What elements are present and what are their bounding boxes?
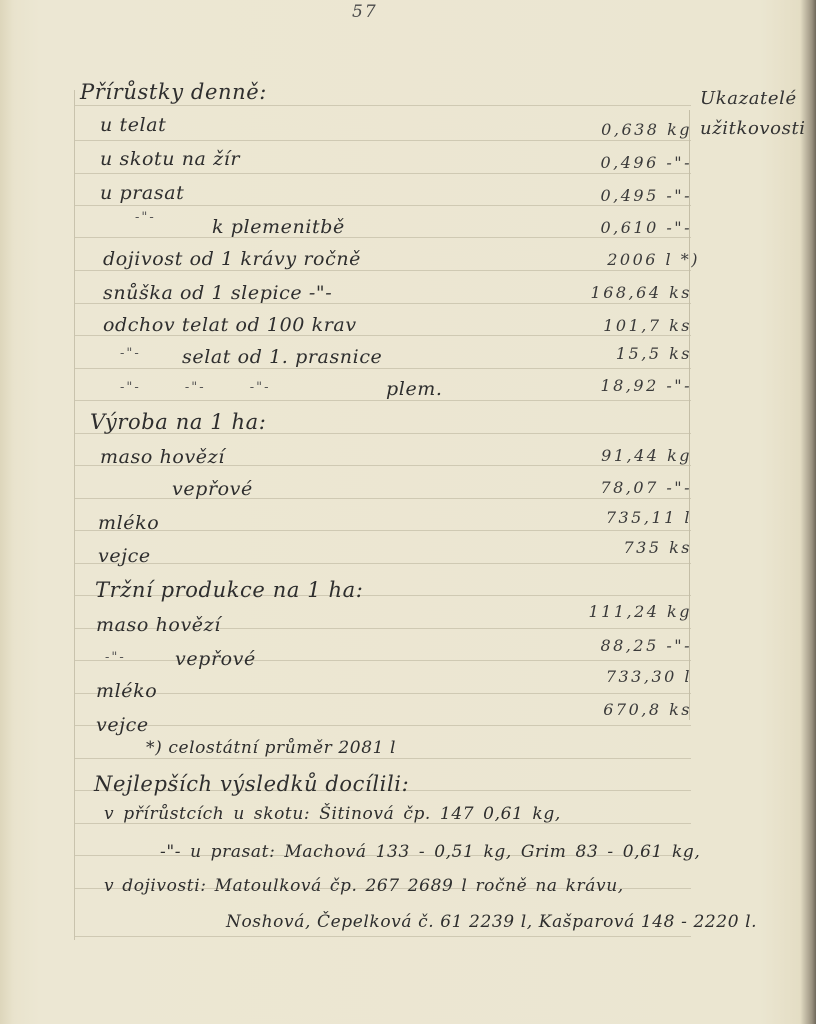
row-label: u prasat: [100, 182, 184, 204]
row-label: selat od 1. prasnice: [182, 346, 382, 368]
row-value: 111,24 kg: [572, 602, 692, 621]
row-label: dojivost od 1 krávy ročně: [103, 248, 361, 270]
section-heading-production: Výroba na 1 ha:: [90, 410, 266, 434]
row-label: odchov telat od 100 krav: [103, 314, 357, 336]
row-label: u skotu na žír: [100, 148, 240, 170]
row-value: 18,92 -"-: [572, 376, 692, 395]
rule-line: [75, 368, 691, 369]
row-value: 91,44 kg: [572, 446, 692, 465]
page-number: 57: [352, 2, 378, 22]
best-result-line: v dojivosti: Matoulková čp. 267 2689 l r…: [104, 876, 624, 896]
rule-line: [75, 140, 691, 141]
rule-line: [75, 563, 691, 564]
rule-line: [75, 498, 691, 499]
row-label: snůška od 1 slepice -"-: [103, 282, 332, 304]
ditto-mark: -"- -"- -"-: [120, 380, 271, 395]
ditto-mark: -"-: [120, 346, 141, 361]
row-label: vepřové: [172, 478, 253, 500]
ledger-page: 57 Ukazatelé užitkovosti Přírůstky denně…: [0, 0, 816, 1024]
rule-line: [75, 400, 691, 401]
best-result-line: -"- u prasat: Machová 133 - 0,51 kg, Gri…: [160, 842, 700, 862]
row-value: 168,64 ks: [572, 283, 692, 302]
row-value: 0,638 kg: [572, 120, 692, 139]
rule-line: [75, 105, 691, 106]
rule-line: [75, 205, 691, 206]
row-label: k plemenitbě: [212, 216, 345, 238]
row-label: u telat: [100, 114, 166, 136]
row-value: 88,25 -"-: [572, 636, 692, 655]
row-value: 0,496 -"-: [572, 153, 692, 172]
row-value: 78,07 -"-: [572, 478, 692, 497]
row-label: vepřové: [175, 648, 256, 670]
row-label: maso hovězí: [96, 614, 221, 636]
section-heading-market-production: Tržní produkce na 1 ha:: [95, 578, 363, 602]
rule-line: [75, 270, 691, 271]
row-value: 15,5 ks: [572, 344, 692, 363]
row-value: 670,8 ks: [572, 700, 692, 719]
rule-line: [75, 693, 691, 694]
rule-line: [75, 725, 691, 726]
rule-line: [75, 530, 691, 531]
row-label: mléko: [98, 512, 159, 534]
row-label: vejce: [98, 545, 151, 567]
row-value: 0,610 -"-: [572, 218, 692, 237]
rule-line: [75, 660, 691, 661]
rule-line: [75, 237, 691, 238]
row-value: 101,7 ks: [572, 316, 692, 335]
section-heading-best-results: Nejlepších výsledků docílili:: [94, 772, 409, 796]
row-value: 733,30 l: [572, 667, 692, 686]
row-label: plem.: [386, 378, 443, 400]
best-result-line: v přírůstcích u skotu: Šitinová čp. 147 …: [104, 804, 561, 824]
row-value: 2006 l *): [580, 250, 700, 269]
footnote: *) celostátní průměr 2081 l: [146, 738, 396, 758]
side-note-line-2: užitkovosti: [700, 118, 806, 139]
rule-line: [75, 936, 691, 937]
ditto-mark: -"-: [105, 650, 126, 665]
row-value: 735 ks: [572, 538, 692, 557]
row-label: mléko: [96, 680, 157, 702]
row-label: maso hovězí: [100, 446, 225, 468]
best-result-line: Noshová, Čepelková č. 61 2239 l, Kašparo…: [226, 912, 757, 932]
section-heading-daily-gains: Přírůstky denně:: [80, 80, 267, 104]
row-value: 735,11 l: [572, 508, 692, 527]
side-note-line-1: Ukazatelé: [700, 88, 797, 109]
row-label: vejce: [96, 714, 149, 736]
rule-line: [75, 173, 691, 174]
rule-line: [75, 758, 691, 759]
ditto-mark: -"-: [135, 210, 156, 225]
row-value: 0,495 -"-: [572, 186, 692, 205]
